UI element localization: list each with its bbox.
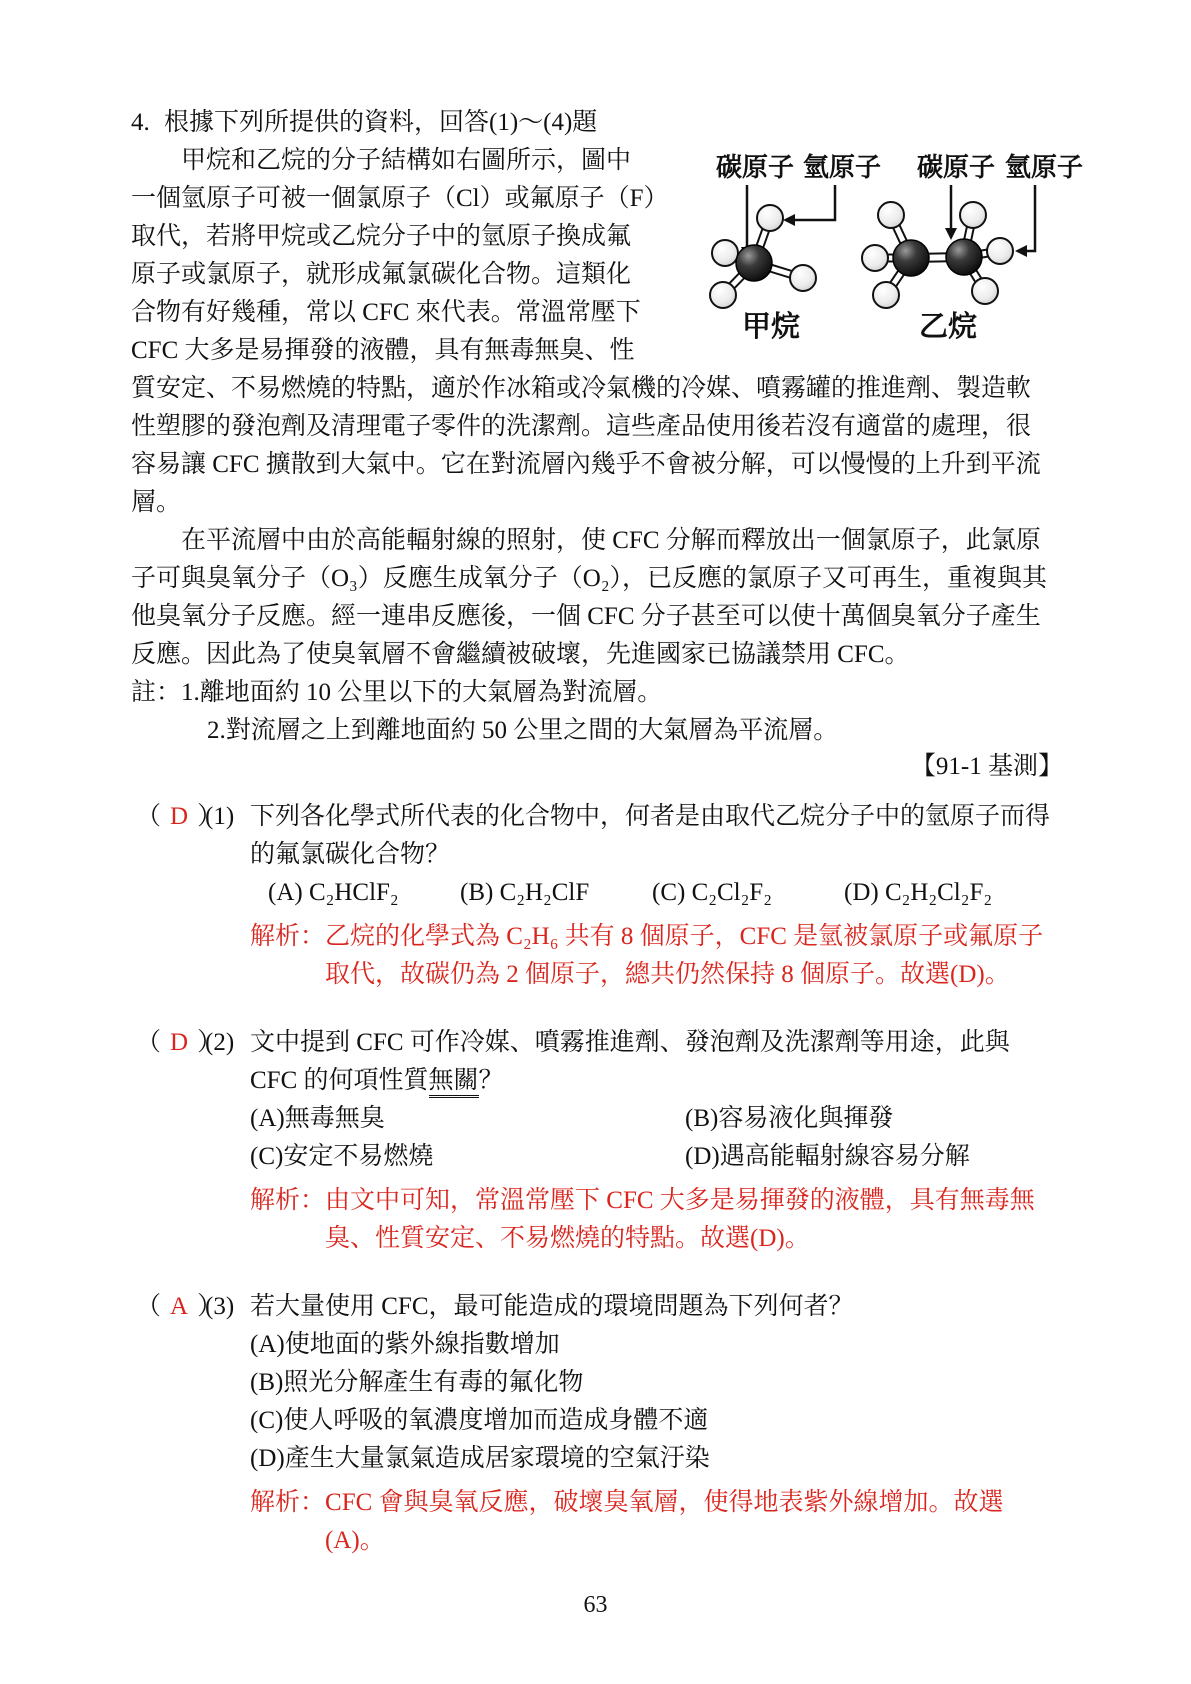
option: (D) C₂H₂Cl₂F₂	[844, 874, 992, 912]
question-body: 文中提到 CFC 可作冷媒、噴霧推進劑、發泡劑及洗潔劑等用途，此與 CFC 的何…	[250, 1024, 1063, 1274]
explanation: 解析： 由文中可知，常溫常壓下 CFC 大多是易揮發的液體，具有無毒無臭、性質安…	[250, 1182, 1063, 1258]
question-body: 若大量使用 CFC，最可能造成的環境問題為下列何者？ (A)使地面的紫外線指數增…	[250, 1288, 1063, 1576]
hydrogen-atom	[757, 205, 783, 231]
answer-paren: （	[136, 1029, 161, 1056]
note-text: 1.離地面約 10 公里以下的大氣層為對流層。	[181, 674, 662, 712]
option: (B) C₂H₂ClF	[460, 874, 652, 912]
question-text-part: 文中提到 CFC 可作冷媒、噴霧推進劑、發泡劑及洗潔劑等用途，此與 CFC 的何…	[250, 1029, 1010, 1094]
note-text: 2.對流層之上到離地面約 50 公里之間的大氣層為平流層。	[207, 712, 838, 750]
option: (A)無毒無臭	[250, 1100, 685, 1138]
hydrogen-atom	[960, 202, 986, 228]
hydrogen-atom	[710, 282, 736, 308]
page-number: 63	[0, 1592, 1191, 1619]
explanation: 解析： 乙烷的化學式為 C₂H₆ 共有 8 個原子，CFC 是氫被氯原子或氟原子…	[250, 918, 1063, 994]
option: (C)安定不易燃燒	[250, 1138, 685, 1176]
question-1: （D） (1) 下列各化學式所代表的化合物中，何者是由取代乙烷分子中的氫原子而得…	[131, 798, 1063, 1010]
hydrogen-atom	[878, 202, 904, 228]
passage-line: 子可與臭氧分子（O₃）反應生成氧分子（O₂），已反應的氯原子又可再生，重複與其	[131, 560, 1063, 598]
passage-line: 他臭氧分子反應。經一連串反應後，一個 CFC 分子甚至可以使十萬個臭氧分子產生	[131, 598, 1063, 636]
passage-paragraph-1: 碳原子 氫原子	[131, 142, 1063, 522]
passage-line: 質安定、不易燃燒的特點，適於作冰箱或冷氣機的冷媒、噴霧罐的推進劑、製造軟	[131, 370, 1063, 408]
question-text-part: ？	[479, 1067, 504, 1094]
question-3: （A） (3) 若大量使用 CFC，最可能造成的環境問題為下列何者？ (A)使地…	[131, 1288, 1063, 1576]
option: (A) C₂HClF₂	[268, 874, 460, 912]
option: (B)容易液化與揮發	[685, 1100, 1063, 1138]
passage-line: 在平流層中由於高能輻射線的照射，使 CFC 分解而釋放出一個氯原子，此氯原	[131, 522, 1063, 560]
hydrogen-arrow-methane	[783, 185, 835, 226]
passage-line: 層。	[131, 484, 1063, 522]
question-body: 下列各化學式所代表的化合物中，何者是由取代乙烷分子中的氫原子而得的氟氯碳化合物？…	[250, 798, 1063, 1010]
source-tag: 【91-1 基測】	[131, 750, 1063, 784]
explanation-text: CFC 會與臭氧反應，破壞臭氧層，使得地表紫外線增加。故選(A)。	[325, 1484, 1063, 1560]
carbon-atom	[736, 245, 772, 281]
ethane-caption: 乙烷	[919, 310, 977, 343]
answer-letter: A	[161, 1293, 197, 1320]
question-number: (1)	[205, 798, 250, 1010]
explanation: 解析： CFC 會與臭氧反應，破壞臭氧層，使得地表紫外線增加。故選(A)。	[250, 1484, 1063, 1560]
question-group-number: 4.	[131, 104, 164, 142]
hydrogen-atom	[712, 240, 738, 266]
note-1: 註： 1.離地面約 10 公里以下的大氣層為對流層。	[131, 674, 1063, 712]
question-2: （D） (2) 文中提到 CFC 可作冷媒、噴霧推進劑、發泡劑及洗潔劑等用途，此…	[131, 1024, 1063, 1274]
note-2: 2.對流層之上到離地面約 50 公里之間的大氣層為平流層。	[131, 712, 1063, 750]
explanation-label: 解析：	[250, 918, 325, 994]
question-text: 若大量使用 CFC，最可能造成的環境問題為下列何者？	[250, 1288, 1063, 1326]
hydrogen-label-methane: 氫原子	[803, 152, 881, 182]
hydrogen-atom	[972, 278, 998, 304]
question-group-header: 4. 根據下列所提供的資料，回答(1)～(4)題	[131, 104, 1063, 142]
options-list: (A)使地面的紫外線指數增加 (B)照光分解產生有毒的氟化物 (C)使人呼吸的氧…	[250, 1326, 1063, 1478]
option: (C)使人呼吸的氧濃度增加而造成身體不適	[250, 1402, 1063, 1440]
option: (D)產生大量氯氣造成居家環境的空氣汙染	[250, 1440, 1063, 1478]
option: (A)使地面的紫外線指數增加	[250, 1326, 1063, 1364]
carbon-label-ethane: 碳原子	[917, 152, 995, 182]
question-text: 文中提到 CFC 可作冷媒、噴霧推進劑、發泡劑及洗潔劑等用途，此與 CFC 的何…	[250, 1024, 1063, 1100]
question-group-intro: 根據下列所提供的資料，回答(1)～(4)題	[164, 104, 597, 142]
hydrogen-arrow-ethane	[1015, 185, 1035, 257]
hydrogen-label-ethane: 氫原子	[1005, 152, 1083, 182]
option: (D)遇高能輻射線容易分解	[685, 1138, 1063, 1176]
passage-line: 反應。因此為了使臭氧層不會繼續被破壞，先進國家已協議禁用 CFC。	[131, 636, 1063, 674]
options-grid: (A)無毒無臭 (B)容易液化與揮發 (C)安定不易燃燒 (D)遇高能輻射線容易…	[250, 1100, 1063, 1176]
question-text-underlined: 無關	[429, 1067, 479, 1098]
hydrogen-atom	[987, 238, 1013, 264]
carbon-arrow-ethane	[945, 185, 957, 240]
answer-letter: D	[161, 1029, 197, 1056]
methane-caption: 甲烷	[742, 310, 800, 343]
explanation-text: 乙烷的化學式為 C₂H₆ 共有 8 個原子，CFC 是氫被氯原子或氟原子取代，故…	[325, 918, 1063, 994]
hydrogen-atom	[873, 282, 899, 308]
document-page: 4. 根據下列所提供的資料，回答(1)～(4)題	[0, 0, 1191, 1684]
answer-box: （A）	[136, 1288, 205, 1576]
answer-letter: D	[161, 803, 197, 830]
carbon-atom	[946, 239, 982, 275]
hydrogen-atom	[790, 265, 816, 291]
hydrogen-atom	[862, 245, 888, 271]
molecule-figure: 碳原子 氫原子	[638, 138, 1090, 353]
carbon-label-methane: 碳原子	[716, 152, 794, 182]
question-text: 下列各化學式所代表的化合物中，何者是由取代乙烷分子中的氫原子而得的氟氯碳化合物？	[250, 798, 1063, 874]
note-label: 註：	[131, 674, 181, 712]
option: (C) C₂Cl₂F₂	[652, 874, 844, 912]
answer-box: （D）	[136, 1024, 205, 1274]
explanation-label: 解析：	[250, 1182, 325, 1258]
explanation-text: 由文中可知，常溫常壓下 CFC 大多是易揮發的液體，具有無毒無臭、性質安定、不易…	[325, 1182, 1063, 1258]
passage-paragraph-2: 在平流層中由於高能輻射線的照射，使 CFC 分解而釋放出一個氯原子，此氯原 子可…	[131, 522, 1063, 674]
answer-paren: （	[136, 803, 161, 830]
question-number: (3)	[205, 1288, 250, 1576]
carbon-atom	[893, 240, 929, 276]
option: (B)照光分解產生有毒的氟化物	[250, 1364, 1063, 1402]
molecule-diagram: 碳原子 氫原子	[638, 138, 1090, 353]
passage-line: 容易讓 CFC 擴散到大氣中。它在對流層內幾乎不會被分解，可以慢慢的上升到平流	[131, 446, 1063, 484]
options-row: (A) C₂HClF₂ (B) C₂H₂ClF (C) C₂Cl₂F₂ (D) …	[250, 874, 1063, 912]
answer-box: （D）	[136, 798, 205, 1010]
passage-line: 性塑膠的發泡劑及清理電子零件的洗潔劑。這些產品使用後若沒有適當的處理，很	[131, 408, 1063, 446]
question-number: (2)	[205, 1024, 250, 1274]
explanation-label: 解析：	[250, 1484, 325, 1560]
answer-paren: （	[136, 1293, 161, 1320]
page-content: 4. 根據下列所提供的資料，回答(1)～(4)題	[131, 104, 1063, 1576]
